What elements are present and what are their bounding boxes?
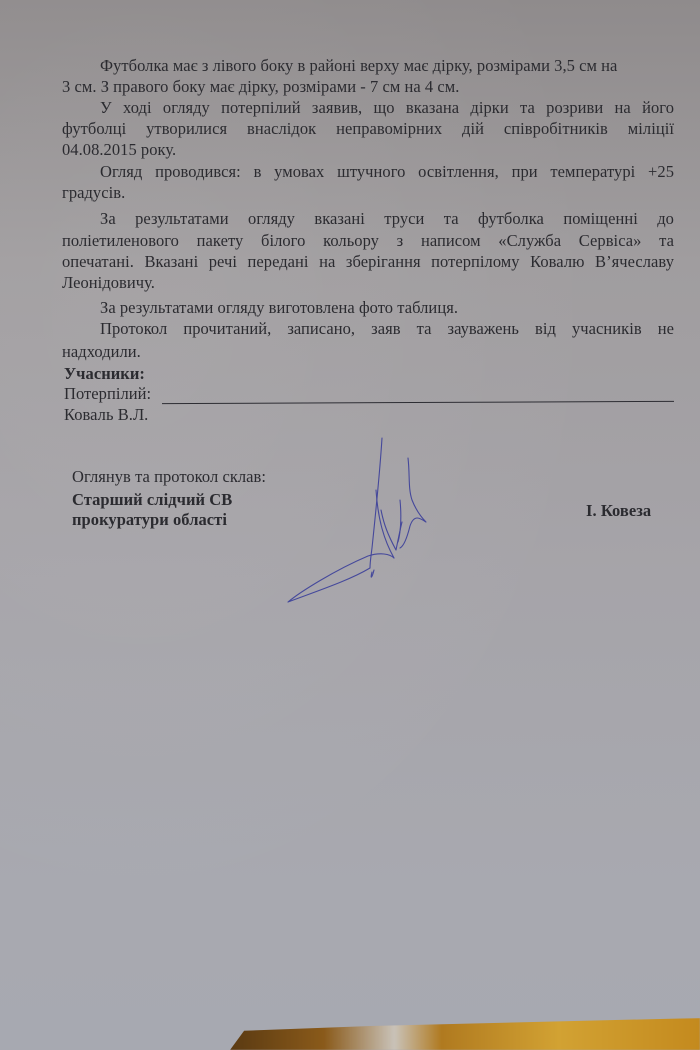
paragraph-line: 04.08.2015 року. [62,139,674,160]
paragraph-line: У ході огляду потерпілий заявив, що вказ… [100,97,674,118]
handwritten-signature-icon [280,430,450,610]
table-surface [230,1018,700,1050]
paragraph-line: футболці утворилися внаслідок неправомір… [62,118,674,139]
paragraph-line: Огляд проводився: в умовах штучного осві… [100,161,674,182]
paragraph-line: опечатані. Вказані речі передані на збер… [62,251,674,272]
paragraph-line: градусів. [62,182,674,203]
participants-heading: Учасники: [64,363,676,384]
paragraph-line: поліетиленового пакету білого кольору з … [62,230,674,251]
paragraph-line: За результатами огляду вказані труси та … [100,208,674,229]
participant-name: Коваль В.Л. [64,404,148,425]
compiler-name: І. Ковеза [586,500,651,521]
paragraph-line: надходили. [62,341,674,362]
paragraph-line: Леонідовичу. [62,272,674,293]
paragraph-line: 3 см. З правого боку має дірку, розмірам… [62,76,674,97]
paragraph-line: Футболка має з лівого боку в районі верх… [100,55,674,76]
paragraph-line: Протокол прочитаний, записано, заяв та з… [100,318,674,339]
paragraph-line: За результатами огляду виготовлена фото … [100,297,700,318]
document-page: Футболка має з лівого боку в районі верх… [0,0,700,1050]
